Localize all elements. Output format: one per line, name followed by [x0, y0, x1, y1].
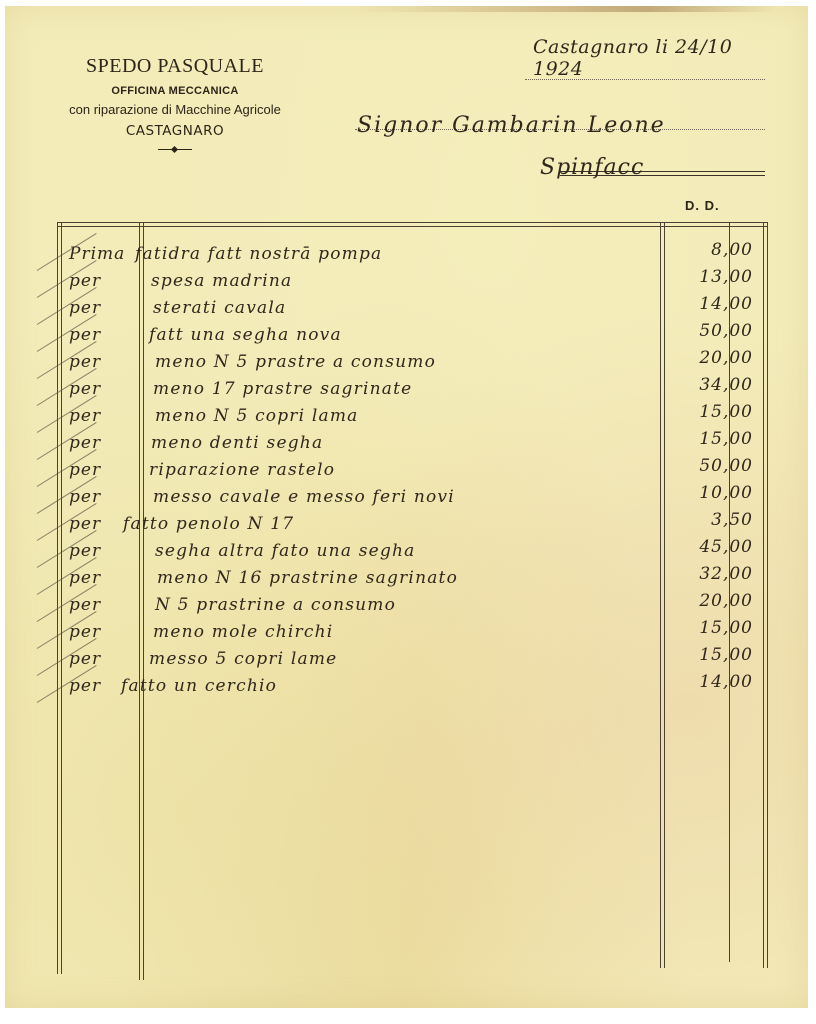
- entry-description: fatt una segha nova: [149, 325, 342, 345]
- company-tagline: con riparazione di Macchine Agricole: [50, 100, 300, 120]
- company-subtitle: OFFICINA MECCANICA: [50, 82, 300, 100]
- entry-amount: 15,00: [665, 402, 753, 422]
- entry-description: meno N 5 copri lama: [155, 406, 359, 426]
- entry-prefix: per: [69, 676, 101, 696]
- entry-amount: 50,00: [665, 456, 753, 476]
- entry-amount: 50,00: [665, 321, 753, 341]
- column-label-dd: D. D.: [685, 198, 720, 213]
- entry-description: meno 17 prastre sagrinate: [153, 379, 412, 399]
- entry-description: meno N 16 prastrine sagrinato: [157, 568, 458, 588]
- entry-amount: 15,00: [665, 645, 753, 665]
- entry-description: meno mole chirchi: [153, 622, 333, 642]
- entry-amount: 14,00: [665, 294, 753, 314]
- entry-amount: 14,00: [665, 672, 753, 692]
- entry-amount: 13,00: [665, 267, 753, 287]
- entry-description: fatto un cerchio: [121, 676, 277, 696]
- place-line: Spinfacc: [540, 146, 765, 186]
- entry-description: sterati cavala: [153, 298, 286, 318]
- entry-description: riparazione rastelo: [149, 460, 335, 480]
- entry-description: meno N 5 prastre a consumo: [155, 352, 436, 372]
- entry-amount: 10,00: [665, 483, 753, 503]
- entry-description: spesa madrina: [151, 271, 292, 291]
- entry-description: fatidra fatt nostrā pompa: [135, 244, 382, 264]
- entry-amount: 34,00: [665, 375, 753, 395]
- entry-amount: 15,00: [665, 429, 753, 449]
- entry-description: fatto penolo N 17: [123, 514, 294, 534]
- entry-description: meno denti segha: [151, 433, 323, 453]
- handwritten-addressee: Signor Gambarin Leone: [357, 113, 666, 138]
- entry-amount: 20,00: [665, 591, 753, 611]
- entry-amount: 15,00: [665, 618, 753, 638]
- ledger-table: Primafatidra fatt nostrā pompa8,00perspe…: [57, 222, 767, 974]
- handwritten-place: Spinfacc: [540, 155, 644, 180]
- entry-amount: 3,50: [665, 510, 753, 530]
- company-city: CASTAGNARO: [50, 120, 300, 142]
- company-name: SPEDO PASQUALE: [50, 52, 300, 80]
- invoice-page: SPEDO PASQUALE OFFICINA MECCANICA con ri…: [5, 6, 808, 1008]
- entry-amount: 32,00: [665, 564, 753, 584]
- entry-amount: 20,00: [665, 348, 753, 368]
- entry-description: segha altra fato una segha: [155, 541, 416, 561]
- entry-description: N 5 prastrine a consumo: [155, 595, 396, 615]
- paper-stain: [355, 6, 775, 12]
- entry-prefix: Prima: [69, 244, 125, 264]
- ledger-right-rule: [763, 222, 768, 968]
- addressee-line: Signor Gambarin Leone: [355, 106, 765, 140]
- entry-description: messo cavale e messo feri novi: [153, 487, 455, 507]
- date-line: Castagnaro li 24/10 1924: [525, 50, 765, 84]
- handwritten-date: Castagnaro li 24/10 1924: [533, 36, 765, 80]
- entry-description: messo 5 copri lame: [149, 649, 337, 669]
- entry-amount: 8,00: [665, 240, 753, 260]
- ledger-margin-rule: [139, 222, 144, 980]
- letterhead: SPEDO PASQUALE OFFICINA MECCANICA con ri…: [50, 52, 300, 152]
- entry-amount: 45,00: [665, 537, 753, 557]
- ornament-divider-icon: [158, 146, 192, 152]
